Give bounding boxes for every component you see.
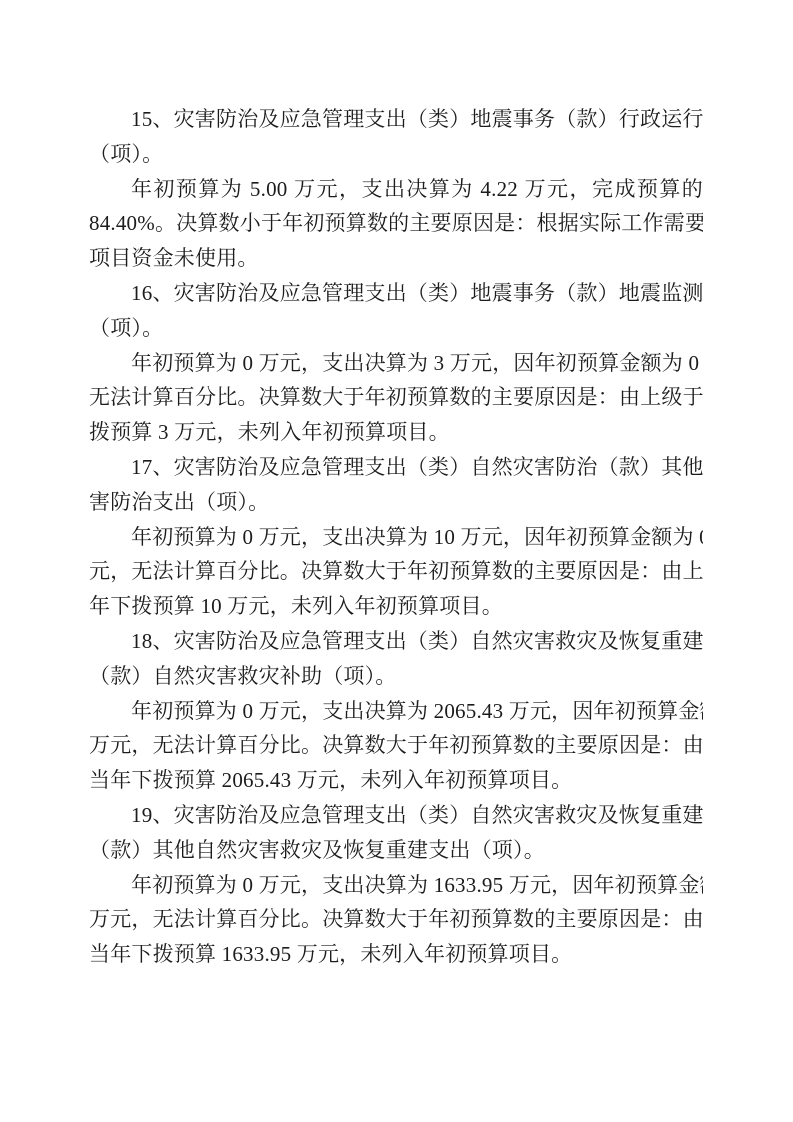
paragraph-19-heading: 19、灾害防治及应急管理支出（类）自然灾害救灾及恢复重建支出 （款）其他自然灾害… [89,798,703,868]
text-line: 年下拨预算 10 万元，未列入年初预算项目。 [89,589,703,624]
text-line: 当年下拨预算 1633.95 万元，未列入年初预算项目。 [89,937,703,972]
text-line: 84.40%。决算数小于年初预算数的主要原因是：根据实际工作需要，部分 [89,206,703,241]
text-line: 年初预算为 0 万元，支出决算为 2065.43 万元，因年初预算金额为 0 [89,694,703,729]
text-line: 19、灾害防治及应急管理支出（类）自然灾害救灾及恢复重建支出 [89,798,703,833]
paragraph-15-body: 年初预算为 5.00 万元，支出决算为 4.22 万元，完成预算的 84.40%… [89,172,703,276]
text-line: 元，无法计算百分比。决算数大于年初预算数的主要原因是：由上级于当 [89,554,703,589]
text-line: （项）。 [89,311,703,346]
paragraph-15-heading: 15、灾害防治及应急管理支出（类）地震事务（款）行政运行 （项）。 [89,102,703,172]
text-line: （项）。 [89,137,703,172]
text-line: 年初预算为 0 万元，支出决算为 10 万元，因年初预算金额为 0 万 [89,520,703,555]
text-line: 无法计算百分比。决算数大于年初预算数的主要原因是：由上级于当年下 [89,380,703,415]
paragraph-18-body: 年初预算为 0 万元，支出决算为 2065.43 万元，因年初预算金额为 0 万… [89,694,703,798]
text-line: 害防治支出（项）。 [89,485,703,520]
paragraph-17-heading: 17、灾害防治及应急管理支出（类）自然灾害防治（款）其他自然灾 害防治支出（项）… [89,450,703,520]
paragraph-16-heading: 16、灾害防治及应急管理支出（类）地震事务（款）地震监测 （项）。 [89,276,703,346]
text-line: 项目资金未使用。 [89,241,703,276]
text-line: 18、灾害防治及应急管理支出（类）自然灾害救灾及恢复重建支出 [89,624,703,659]
text-line: 16、灾害防治及应急管理支出（类）地震事务（款）地震监测 [89,276,703,311]
text-line: （款）其他自然灾害救灾及恢复重建支出（项）。 [89,833,703,868]
text-line: 年初预算为 0 万元，支出决算为 1633.95 万元，因年初预算金额为 0 [89,868,703,903]
text-line: 年初预算为 0 万元，支出决算为 3 万元，因年初预算金额为 0 万元， [89,346,703,381]
text-line: 拨预算 3 万元，未列入年初预算项目。 [89,415,703,450]
paragraph-16-body: 年初预算为 0 万元，支出决算为 3 万元，因年初预算金额为 0 万元， 无法计… [89,346,703,450]
text-line: 15、灾害防治及应急管理支出（类）地震事务（款）行政运行 [89,102,703,137]
paragraph-18-heading: 18、灾害防治及应急管理支出（类）自然灾害救灾及恢复重建支出 （款）自然灾害救灾… [89,624,703,694]
text-line: 年初预算为 5.00 万元，支出决算为 4.22 万元，完成预算的 [89,172,703,207]
text-line: （款）自然灾害救灾补助（项）。 [89,659,703,694]
text-line: 当年下拨预算 2065.43 万元，未列入年初预算项目。 [89,763,703,798]
text-line: 万元，无法计算百分比。决算数大于年初预算数的主要原因是：由上级于 [89,728,703,763]
paragraph-19-body: 年初预算为 0 万元，支出决算为 1633.95 万元，因年初预算金额为 0 万… [89,868,703,972]
paragraph-17-body: 年初预算为 0 万元，支出决算为 10 万元，因年初预算金额为 0 万 元，无法… [89,520,703,624]
text-line: 17、灾害防治及应急管理支出（类）自然灾害防治（款）其他自然灾 [89,450,703,485]
document-page: 15、灾害防治及应急管理支出（类）地震事务（款）行政运行 （项）。 年初预算为 … [0,0,793,1122]
text-line: 万元，无法计算百分比。决算数大于年初预算数的主要原因是：由上级于 [89,902,703,937]
